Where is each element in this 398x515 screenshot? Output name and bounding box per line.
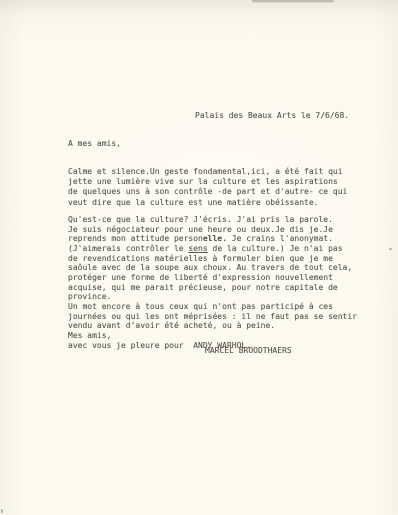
paragraph-1: Calme et silence.Un geste fondamental,ic…: [68, 167, 347, 208]
letter-line: (J'aimerais contrôler le sens de la cult…: [68, 244, 357, 254]
letter-line: de quelques uns à son contrôle -de part …: [68, 187, 347, 197]
letter-line: Je suis négociateur pour une heure ou de…: [68, 225, 357, 235]
line-segment: Je crains l'anonymat.: [227, 234, 333, 243]
letter-line: veut dire que la culture est une matière…: [68, 198, 347, 208]
letter-line: journées ou qui les ont méprisées : il n…: [68, 312, 357, 322]
dateline: Palais des Beaux Arts le 7/6/68.: [195, 111, 349, 121]
line-segment: (J'aimerais contrôler le: [68, 244, 188, 253]
paragraph-2: Qu'est-ce que la culture? J'écris. J'ai …: [68, 215, 357, 350]
signature: MARCEL BROODTHAERS: [205, 346, 292, 356]
letter-line: saôule avec de la soupe aux choux. Au tr…: [68, 263, 357, 273]
letter-line: Calme et silence.Un geste fondamental,ic…: [68, 167, 347, 177]
salutation: A mes amis,: [68, 139, 121, 149]
letter-page: Palais des Beaux Arts le 7/6/68. A mes a…: [0, 0, 398, 515]
scan-smudge-top: [252, 0, 334, 2]
underlined-word: sens: [188, 244, 207, 253]
line-segment: de la culture.) Je n'ai pas: [208, 244, 343, 253]
scan-speck-bottom-left: [1, 509, 3, 513]
line-segment: reprends mon attitude person: [68, 234, 203, 243]
letter-line: acquise, qui me parait précieuse, pour n…: [68, 283, 357, 293]
letter-line: vendu avant d'avoir été acheté, ou à pei…: [68, 321, 357, 331]
scan-speck-right: [389, 248, 392, 250]
letter-line: de revendications matérielles à formuler…: [68, 254, 357, 264]
letter-line: protéger une forme de liberté d'expressi…: [68, 273, 357, 283]
letter-line: Un mot encore à tous ceux qui n'ont pas …: [68, 302, 357, 312]
letter-line: Qu'est-ce que la culture? J'écris. J'ai …: [68, 215, 357, 225]
letter-line: province.: [68, 292, 357, 302]
overtyped-segment: elle.: [203, 234, 227, 243]
letter-line: reprends mon attitude personelle. Je cra…: [68, 234, 357, 244]
letter-line: jette une lumière vive sur la culture et…: [68, 177, 347, 187]
letter-line: Mes amis,: [68, 331, 357, 341]
